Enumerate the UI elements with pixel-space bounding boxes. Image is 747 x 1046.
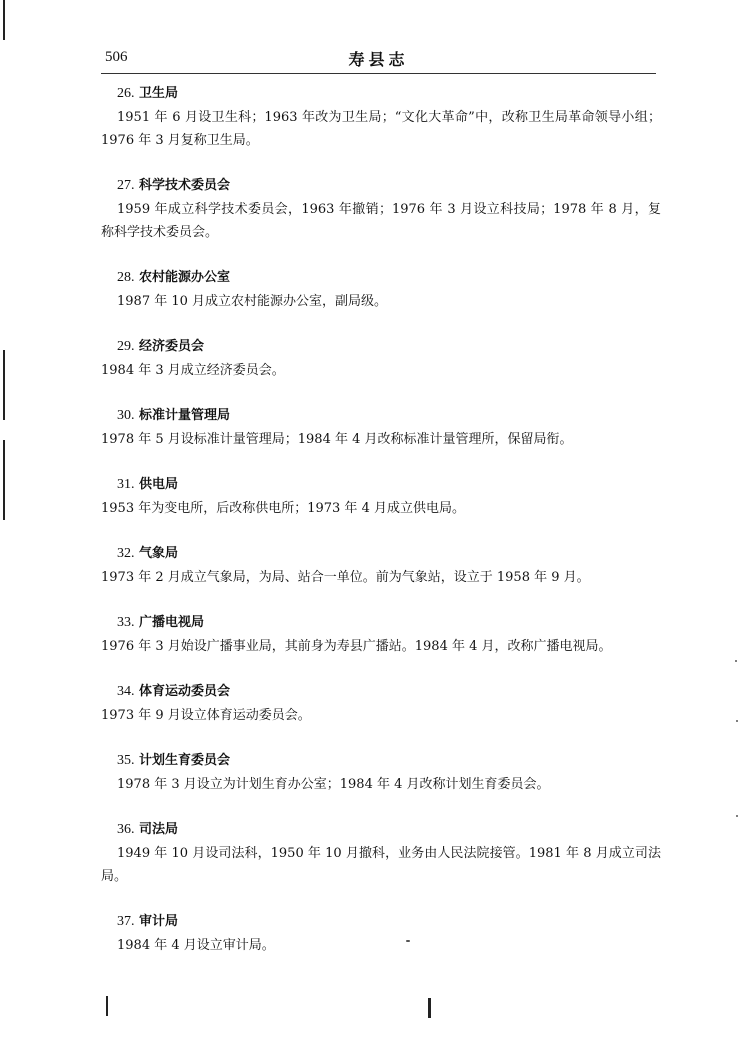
entry-body: 1949 年 10 月设司法科，1950 年 10 月撤科，业务由人民法院接管。… bbox=[101, 842, 661, 888]
entry-title: 31. 供电局 bbox=[101, 473, 661, 497]
entry-title: 27. 科学技术委员会 bbox=[101, 174, 661, 198]
entry-35: 35. 计划生育委员会 1978 年 3 月设立为计划生育办公室；1984 年 … bbox=[101, 749, 661, 796]
entry-37: 37. 审计局 1984 年 4 月设立审计局。 bbox=[101, 910, 661, 957]
entry-body: 1978 年 5 月设标准计量管理局；1984 年 4 月改称标准计量管理所，保… bbox=[101, 428, 661, 451]
scan-speck bbox=[735, 660, 737, 662]
scan-edge-mark bbox=[3, 350, 5, 420]
entry-title: 35. 计划生育委员会 bbox=[101, 749, 661, 773]
entry-body: 1978 年 3 月设立为计划生育办公室；1984 年 4 月改称计划生育委员会… bbox=[101, 773, 661, 796]
entry-body: 1987 年 10 月成立农村能源办公室，副局级。 bbox=[101, 290, 661, 313]
entry-26: 26. 卫生局 1951 年 6 月设卫生科；1963 年改为卫生局；“文化大革… bbox=[101, 82, 661, 152]
entry-31: 31. 供电局 1953 年为变电所，后改称供电所；1973 年 4 月成立供电… bbox=[101, 473, 661, 520]
entry-body: 1976 年 3 月始设广播事业局，其前身为寿县广播站。1984 年 4 月，改… bbox=[101, 635, 661, 658]
scan-edge-mark bbox=[428, 998, 431, 1018]
entry-36: 36. 司法局 1949 年 10 月设司法科，1950 年 10 月撤科，业务… bbox=[101, 818, 661, 888]
entry-title: 29. 经济委员会 bbox=[101, 335, 661, 359]
entry-body: 1959 年成立科学技术委员会，1963 年撤销；1976 年 3 月设立科技局… bbox=[101, 198, 661, 244]
entry-list: 26. 卫生局 1951 年 6 月设卫生科；1963 年改为卫生局；“文化大革… bbox=[101, 82, 661, 979]
entry-body: 1973 年 2 月成立气象局，为局、站合一单位。前为气象站，设立于 1958 … bbox=[101, 566, 661, 589]
entry-27: 27. 科学技术委员会 1959 年成立科学技术委员会，1963 年撤销；197… bbox=[101, 174, 661, 244]
entry-title: 32. 气象局 bbox=[101, 542, 661, 566]
entry-title: 28. 农村能源办公室 bbox=[101, 266, 661, 290]
entry-title: 34. 体育运动委员会 bbox=[101, 680, 661, 704]
entry-30: 30. 标准计量管理局 1978 年 5 月设标准计量管理局；1984 年 4 … bbox=[101, 404, 661, 451]
page-header: 506 寿县志 bbox=[101, 46, 656, 72]
scan-edge-mark bbox=[106, 996, 108, 1016]
entry-title: 30. 标准计量管理局 bbox=[101, 404, 661, 428]
entry-title: 36. 司法局 bbox=[101, 818, 661, 842]
entry-body: 1953 年为变电所，后改称供电所；1973 年 4 月成立供电局。 bbox=[101, 497, 661, 520]
entry-29: 29. 经济委员会 1984 年 3 月成立经济委员会。 bbox=[101, 335, 661, 382]
entry-body: 1973 年 9 月设立体育运动委员会。 bbox=[101, 704, 661, 727]
entry-title: 33. 广播电视局 bbox=[101, 611, 661, 635]
entry-33: 33. 广播电视局 1976 年 3 月始设广播事业局，其前身为寿县广播站。19… bbox=[101, 611, 661, 658]
entry-body: 1984 年 4 月设立审计局。 bbox=[101, 934, 661, 957]
entry-body: 1951 年 6 月设卫生科；1963 年改为卫生局；“文化大革命”中，改称卫生… bbox=[101, 106, 661, 152]
entry-title: 37. 审计局 bbox=[101, 910, 661, 934]
scan-speck bbox=[736, 815, 738, 817]
entry-title: 26. 卫生局 bbox=[101, 82, 661, 106]
scan-edge-mark bbox=[3, 440, 5, 520]
entry-28: 28. 农村能源办公室 1987 年 10 月成立农村能源办公室，副局级。 bbox=[101, 266, 661, 313]
book-title: 寿县志 bbox=[101, 47, 656, 70]
scan-edge-mark bbox=[3, 0, 5, 40]
scan-speck bbox=[736, 720, 738, 722]
entry-34: 34. 体育运动委员会 1973 年 9 月设立体育运动委员会。 bbox=[101, 680, 661, 727]
header-rule bbox=[101, 73, 656, 74]
entry-32: 32. 气象局 1973 年 2 月成立气象局，为局、站合一单位。前为气象站，设… bbox=[101, 542, 661, 589]
entry-body: 1984 年 3 月成立经济委员会。 bbox=[101, 359, 661, 382]
